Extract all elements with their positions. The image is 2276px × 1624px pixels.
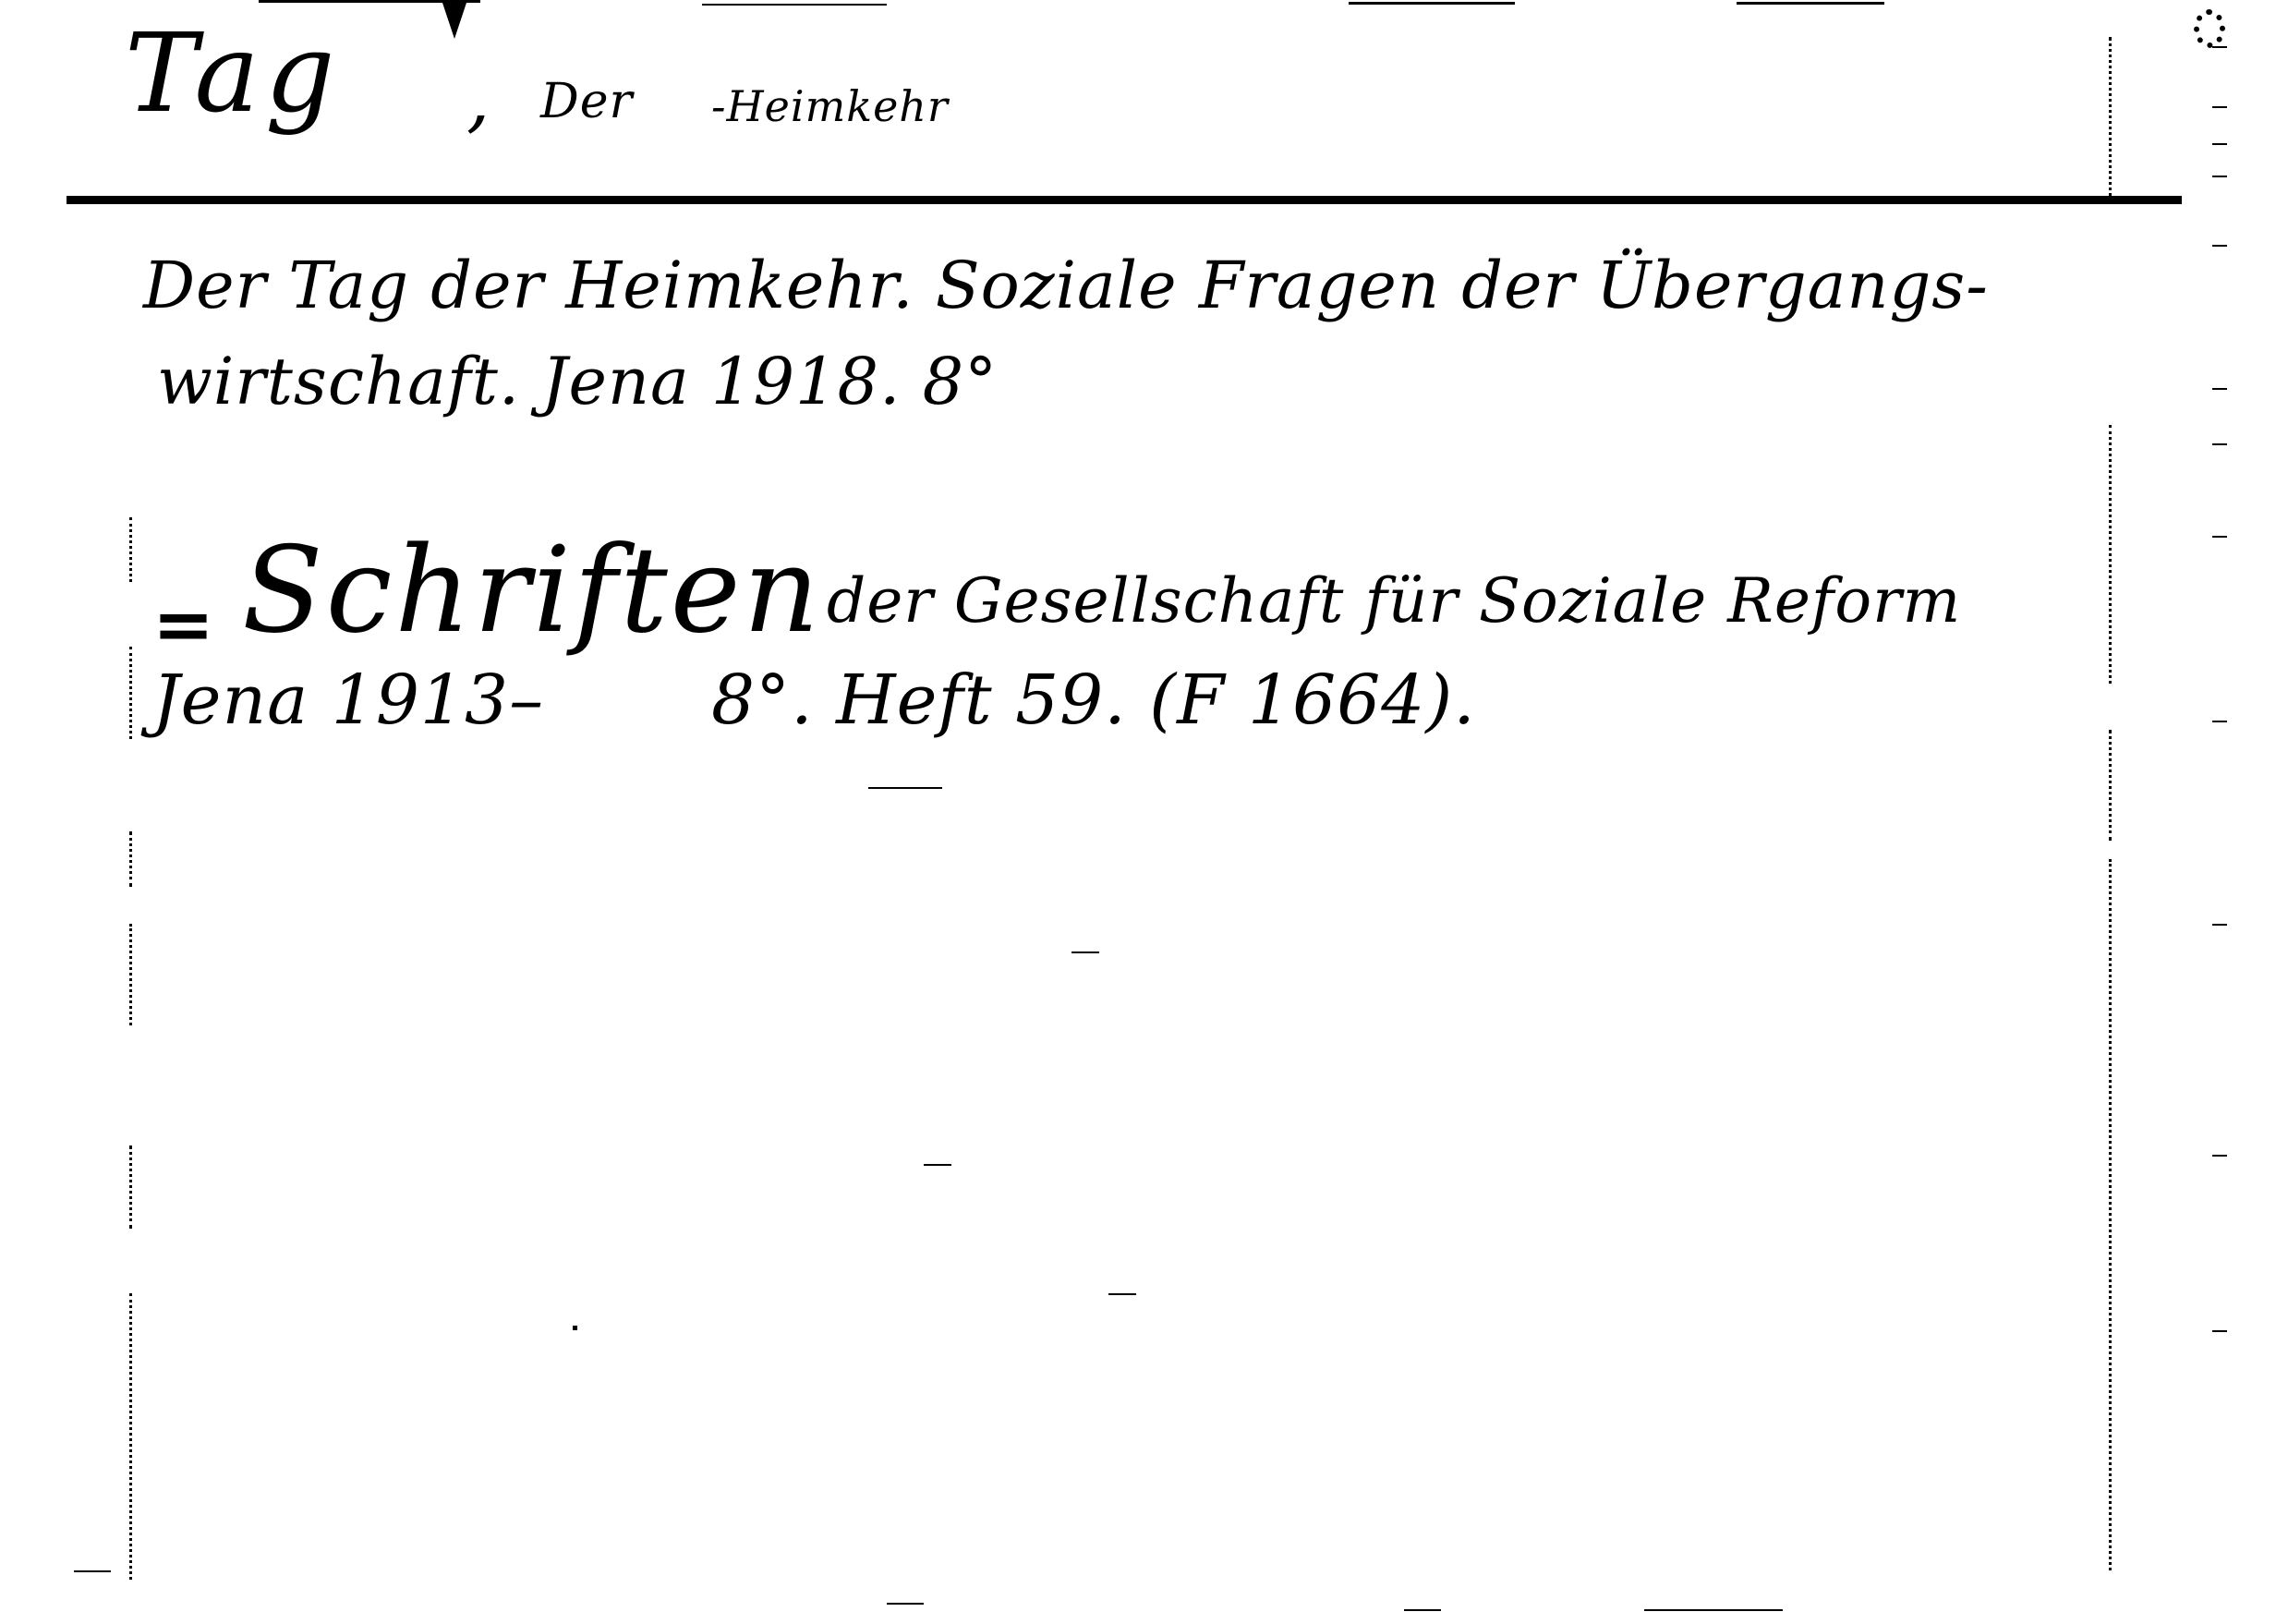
scan-noise xyxy=(2212,443,2227,445)
title-line-2: wirtschaft. Jena 1918. 8° xyxy=(157,344,998,419)
scan-noise xyxy=(868,787,942,789)
heading-article: Der xyxy=(540,74,633,129)
heading-rule xyxy=(67,196,2182,204)
punch-hole-icon xyxy=(2194,9,2225,48)
scan-noise xyxy=(887,1603,924,1605)
scan-noise xyxy=(2212,106,2227,108)
scan-noise xyxy=(2212,46,2227,48)
catalog-card: Tag , Der -Heimkehr Der Tag der Heimkehr… xyxy=(0,0,2276,1624)
heading-subheading: -Heimkehr xyxy=(711,81,949,131)
scan-noise xyxy=(2212,536,2227,538)
card-edge-marker xyxy=(442,0,467,39)
scan-noise xyxy=(259,0,480,3)
right-margin-dots xyxy=(2109,37,2112,203)
scan-noise xyxy=(1071,951,1099,953)
series-volume-shelfmark: 8°. Heft 59. (F 1664). xyxy=(711,661,1476,740)
left-margin-dots xyxy=(129,1293,132,1580)
scan-noise xyxy=(1349,2,1515,5)
scan-noise xyxy=(702,4,887,6)
left-margin-dots xyxy=(129,924,132,1025)
series-title-emphasis: Schriften xyxy=(242,522,822,660)
scan-noise xyxy=(2212,388,2227,390)
title-line-1: Der Tag der Heimkehr. Soziale Fragen der… xyxy=(143,248,1989,323)
scan-noise xyxy=(2212,1330,2227,1332)
heading-comma: , xyxy=(466,55,490,141)
scan-noise xyxy=(74,1570,111,1572)
scan-noise xyxy=(1404,1609,1441,1611)
series-title-rest: der Gesellschaft für Soziale Reform xyxy=(827,565,1961,636)
scan-noise xyxy=(573,1326,577,1330)
scan-noise xyxy=(1108,1293,1136,1295)
scan-noise xyxy=(2212,924,2227,926)
scan-noise xyxy=(2212,1155,2227,1157)
right-margin-dots xyxy=(2109,730,2112,841)
scan-noise xyxy=(2212,245,2227,247)
left-margin-dots xyxy=(129,517,132,582)
left-margin-dots xyxy=(129,1145,132,1229)
scan-noise xyxy=(1644,1609,1783,1611)
right-margin-dots xyxy=(2109,425,2112,684)
scan-noise xyxy=(2212,721,2227,722)
scan-noise xyxy=(1737,2,1884,5)
scan-noise xyxy=(924,1164,951,1166)
left-margin-dots xyxy=(129,831,132,887)
scan-noise xyxy=(2212,143,2227,145)
right-margin-dots xyxy=(2109,859,2112,1570)
heading-main-word: Tag xyxy=(125,18,340,127)
scan-noise xyxy=(2212,176,2227,177)
series-equals-sign: = xyxy=(152,580,215,667)
left-margin-dots xyxy=(129,647,132,739)
series-place-date: Jena 1913– xyxy=(152,661,544,740)
